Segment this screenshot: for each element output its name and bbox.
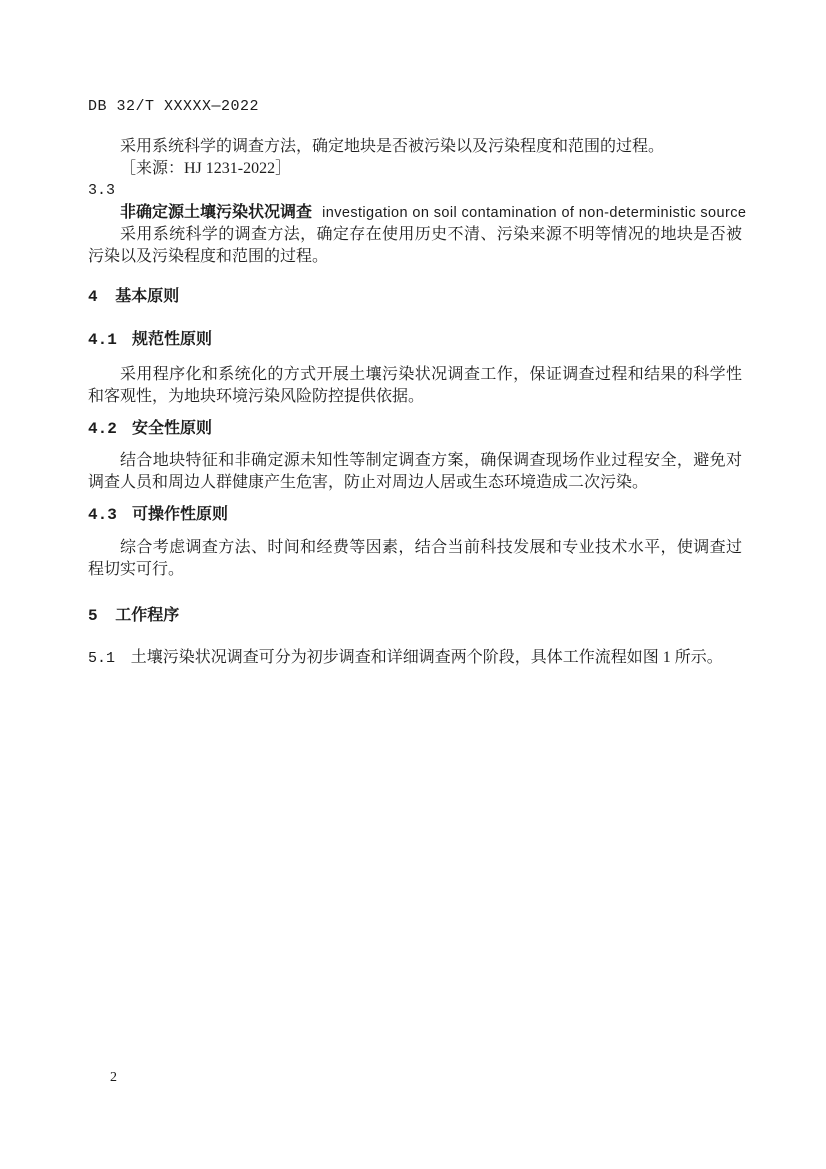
- section-5-1-paragraph: 5.1土壤污染状况调查可分为初步调查和详细调查两个阶段，具体工作流程如图 1 所…: [88, 647, 742, 670]
- section-5-1-number: 5.1: [88, 650, 115, 667]
- section-5-title: 工作程序: [115, 607, 179, 624]
- section-4-2-paragraph: 结合地块特征和非确定源未知性等制定调查方案，确保调查现场作业过程安全，避免对调查…: [88, 450, 742, 494]
- section-4-2-number: 4.2: [88, 420, 117, 438]
- clause-3-2-source-note: ［来源：HJ 1231-2022］: [88, 158, 742, 180]
- clause-3-2-definition: 采用系统科学的调查方法，确定地块是否被污染以及污染程度和范围的过程。: [88, 136, 742, 158]
- clause-3-3-number: 3.3: [88, 180, 742, 202]
- clause-3-3-definition: 采用系统科学的调查方法，确定存在使用历史不清、污染来源不明等情况的地块是否被污染…: [88, 224, 742, 268]
- clause-3-3-term-zh: 非确定源土壤污染状况调查: [120, 204, 312, 221]
- section-5-1-text: 土壤污染状况调查可分为初步调查和详细调查两个阶段，具体工作流程如图 1 所示。: [131, 649, 723, 666]
- section-4-title: 基本原则: [115, 288, 179, 305]
- section-4-3-heading: 4.3可操作性原则: [88, 504, 742, 526]
- section-4-number: 4: [88, 288, 98, 306]
- section-4-1-heading: 4.1规范性原则: [88, 329, 742, 351]
- section-4-heading: 4基本原则: [88, 286, 742, 308]
- section-4-3-number: 4.3: [88, 506, 117, 524]
- section-4-3-title: 可操作性原则: [132, 506, 228, 523]
- section-4-2-heading: 4.2安全性原则: [88, 418, 742, 440]
- page-number: 2: [110, 1069, 117, 1087]
- section-5-number: 5: [88, 607, 98, 625]
- section-5-heading: 5工作程序: [88, 605, 742, 627]
- section-4-2-title: 安全性原则: [132, 420, 212, 437]
- page-content: DB 32/T XXXXX—2022 采用系统科学的调查方法，确定地块是否被污染…: [88, 0, 742, 670]
- clause-3-3-term-line: 非确定源土壤污染状况调查investigation on soil contam…: [88, 202, 742, 224]
- clause-3-3-term-en: investigation on soil contamination of n…: [322, 205, 746, 221]
- section-4-3-paragraph: 综合考虑调查方法、时间和经费等因素，结合当前科技发展和专业技术水平，使调查过程切…: [88, 537, 742, 581]
- document-page: DB 32/T XXXXX—2022 采用系统科学的调查方法，确定地块是否被污染…: [0, 0, 826, 1169]
- section-4-1-number: 4.1: [88, 331, 117, 349]
- standard-number-header: DB 32/T XXXXX—2022: [88, 96, 742, 118]
- section-4-1-paragraph: 采用程序化和系统化的方式开展土壤污染状况调查工作，保证调查过程和结果的科学性和客…: [88, 364, 742, 408]
- section-4-1-title: 规范性原则: [132, 331, 212, 348]
